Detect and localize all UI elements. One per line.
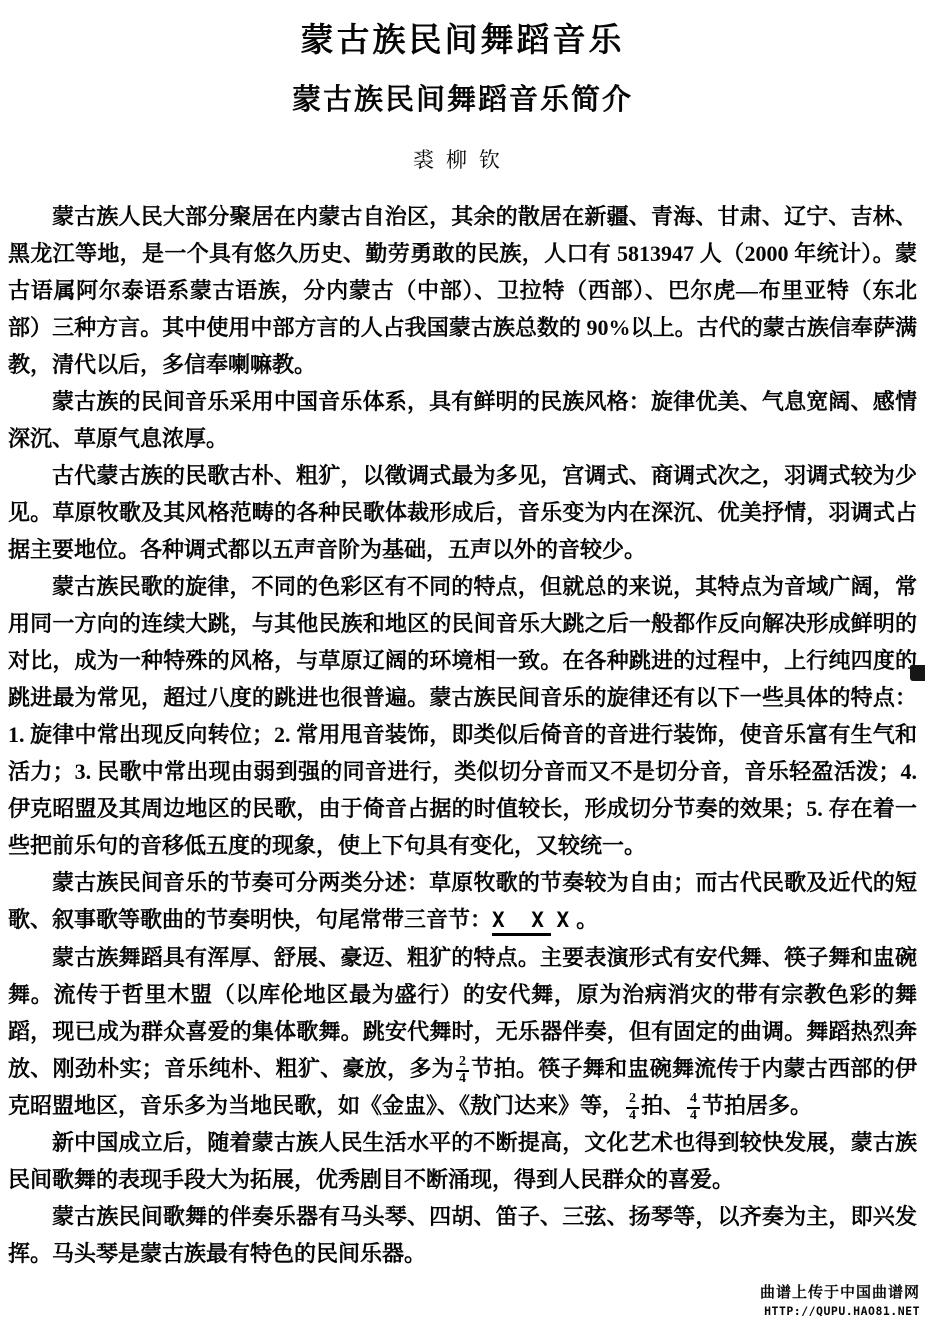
text-run: 蒙古族民间歌舞的伴奏乐器有马头琴、四胡、笛子、三弦、扬琴等，以齐奏为主，即兴发挥… bbox=[8, 1204, 917, 1266]
text-run: 。 bbox=[576, 907, 598, 932]
text-run: 古代蒙古族的民歌古朴、粗犷，以徵调式最为多见，宫调式、商调式次之，羽调式较为少见… bbox=[8, 463, 917, 562]
document-title: 蒙古族民间舞蹈音乐 bbox=[0, 0, 925, 61]
time-signature-fraction: 24 bbox=[624, 1092, 641, 1123]
paragraph: 蒙古族民间歌舞的伴奏乐器有马头琴、四胡、笛子、三弦、扬琴等，以齐奏为主，即兴发挥… bbox=[8, 1198, 917, 1272]
paragraph: 古代蒙古族的民歌古朴、粗犷，以徵调式最为多见，宫调式、商调式次之，羽调式较为少见… bbox=[8, 457, 917, 568]
watermark: 曲谱上传于中国曲谱网 HTTP://QUPU.HAO81.NET bbox=[760, 1281, 920, 1318]
fraction-denominator: 4 bbox=[456, 1072, 469, 1087]
text-run: 蒙古族的民间音乐采用中国音乐体系，具有鲜明的民族风格：旋律优美、气息宽阔、感情深… bbox=[8, 389, 917, 451]
rhythm-notation-underlined: X X bbox=[492, 908, 551, 936]
paragraph: 新中国成立后，随着蒙古族人民生活水平的不断提高，文化艺术也得到较快发展，蒙古族民… bbox=[8, 1124, 917, 1198]
watermark-url: HTTP://QUPU.HAO81.NET bbox=[760, 1304, 920, 1318]
author-name: 裘柳钦 bbox=[0, 118, 925, 174]
text-run: 蒙古族民间音乐的节奏可分两类分述：草原牧歌的节奏较为自由；而古代民歌及近代的短歌… bbox=[8, 870, 917, 932]
text-run: 蒙古族民歌的旋律，不同的色彩区有不同的特点，但就总的来说，其特点为音域广阔，常用… bbox=[8, 574, 917, 858]
paragraph: 蒙古族民歌的旋律，不同的色彩区有不同的特点，但就总的来说，其特点为音域广阔，常用… bbox=[8, 568, 917, 864]
fraction-denominator: 4 bbox=[687, 1109, 700, 1124]
fraction-numerator: 2 bbox=[626, 1092, 639, 1109]
paragraph: 蒙古族人民大部分聚居在内蒙古自治区，其余的散居在新疆、青海、甘肃、辽宁、吉林、黑… bbox=[8, 198, 917, 383]
text-run: 节拍居多。 bbox=[702, 1093, 812, 1118]
article-body: 蒙古族人民大部分聚居在内蒙古自治区，其余的散居在新疆、青海、甘肃、辽宁、吉林、黑… bbox=[0, 174, 925, 1272]
paragraph: 蒙古族舞蹈具有浑厚、舒展、豪迈、粗犷的特点。主要表演形式有安代舞、筷子舞和盅碗舞… bbox=[8, 939, 917, 1124]
scan-artifact bbox=[910, 665, 925, 681]
text-run: 拍、 bbox=[641, 1093, 685, 1118]
time-signature-fraction: 44 bbox=[685, 1092, 702, 1123]
rhythm-notation: X bbox=[556, 908, 576, 932]
text-run: 新中国成立后，随着蒙古族人民生活水平的不断提高，文化艺术也得到较快发展，蒙古族民… bbox=[8, 1130, 917, 1192]
paragraph: 蒙古族民间音乐的节奏可分两类分述：草原牧歌的节奏较为自由；而古代民歌及近代的短歌… bbox=[8, 864, 917, 939]
time-signature-fraction: 24 bbox=[454, 1055, 471, 1086]
text-run: 蒙古族人民大部分聚居在内蒙古自治区，其余的散居在新疆、青海、甘肃、辽宁、吉林、黑… bbox=[8, 204, 917, 377]
fraction-denominator: 4 bbox=[626, 1109, 639, 1124]
paragraph: 蒙古族的民间音乐采用中国音乐体系，具有鲜明的民族风格：旋律优美、气息宽阔、感情深… bbox=[8, 383, 917, 457]
document-subtitle: 蒙古族民间舞蹈音乐简介 bbox=[0, 61, 925, 118]
fraction-numerator: 4 bbox=[687, 1092, 700, 1109]
fraction-numerator: 2 bbox=[456, 1055, 469, 1072]
watermark-site-name: 曲谱上传于中国曲谱网 bbox=[760, 1281, 920, 1302]
scanned-document-page: 蒙古族民间舞蹈音乐 蒙古族民间舞蹈音乐简介 裘柳钦 蒙古族人民大部分聚居在内蒙古… bbox=[0, 0, 925, 1322]
